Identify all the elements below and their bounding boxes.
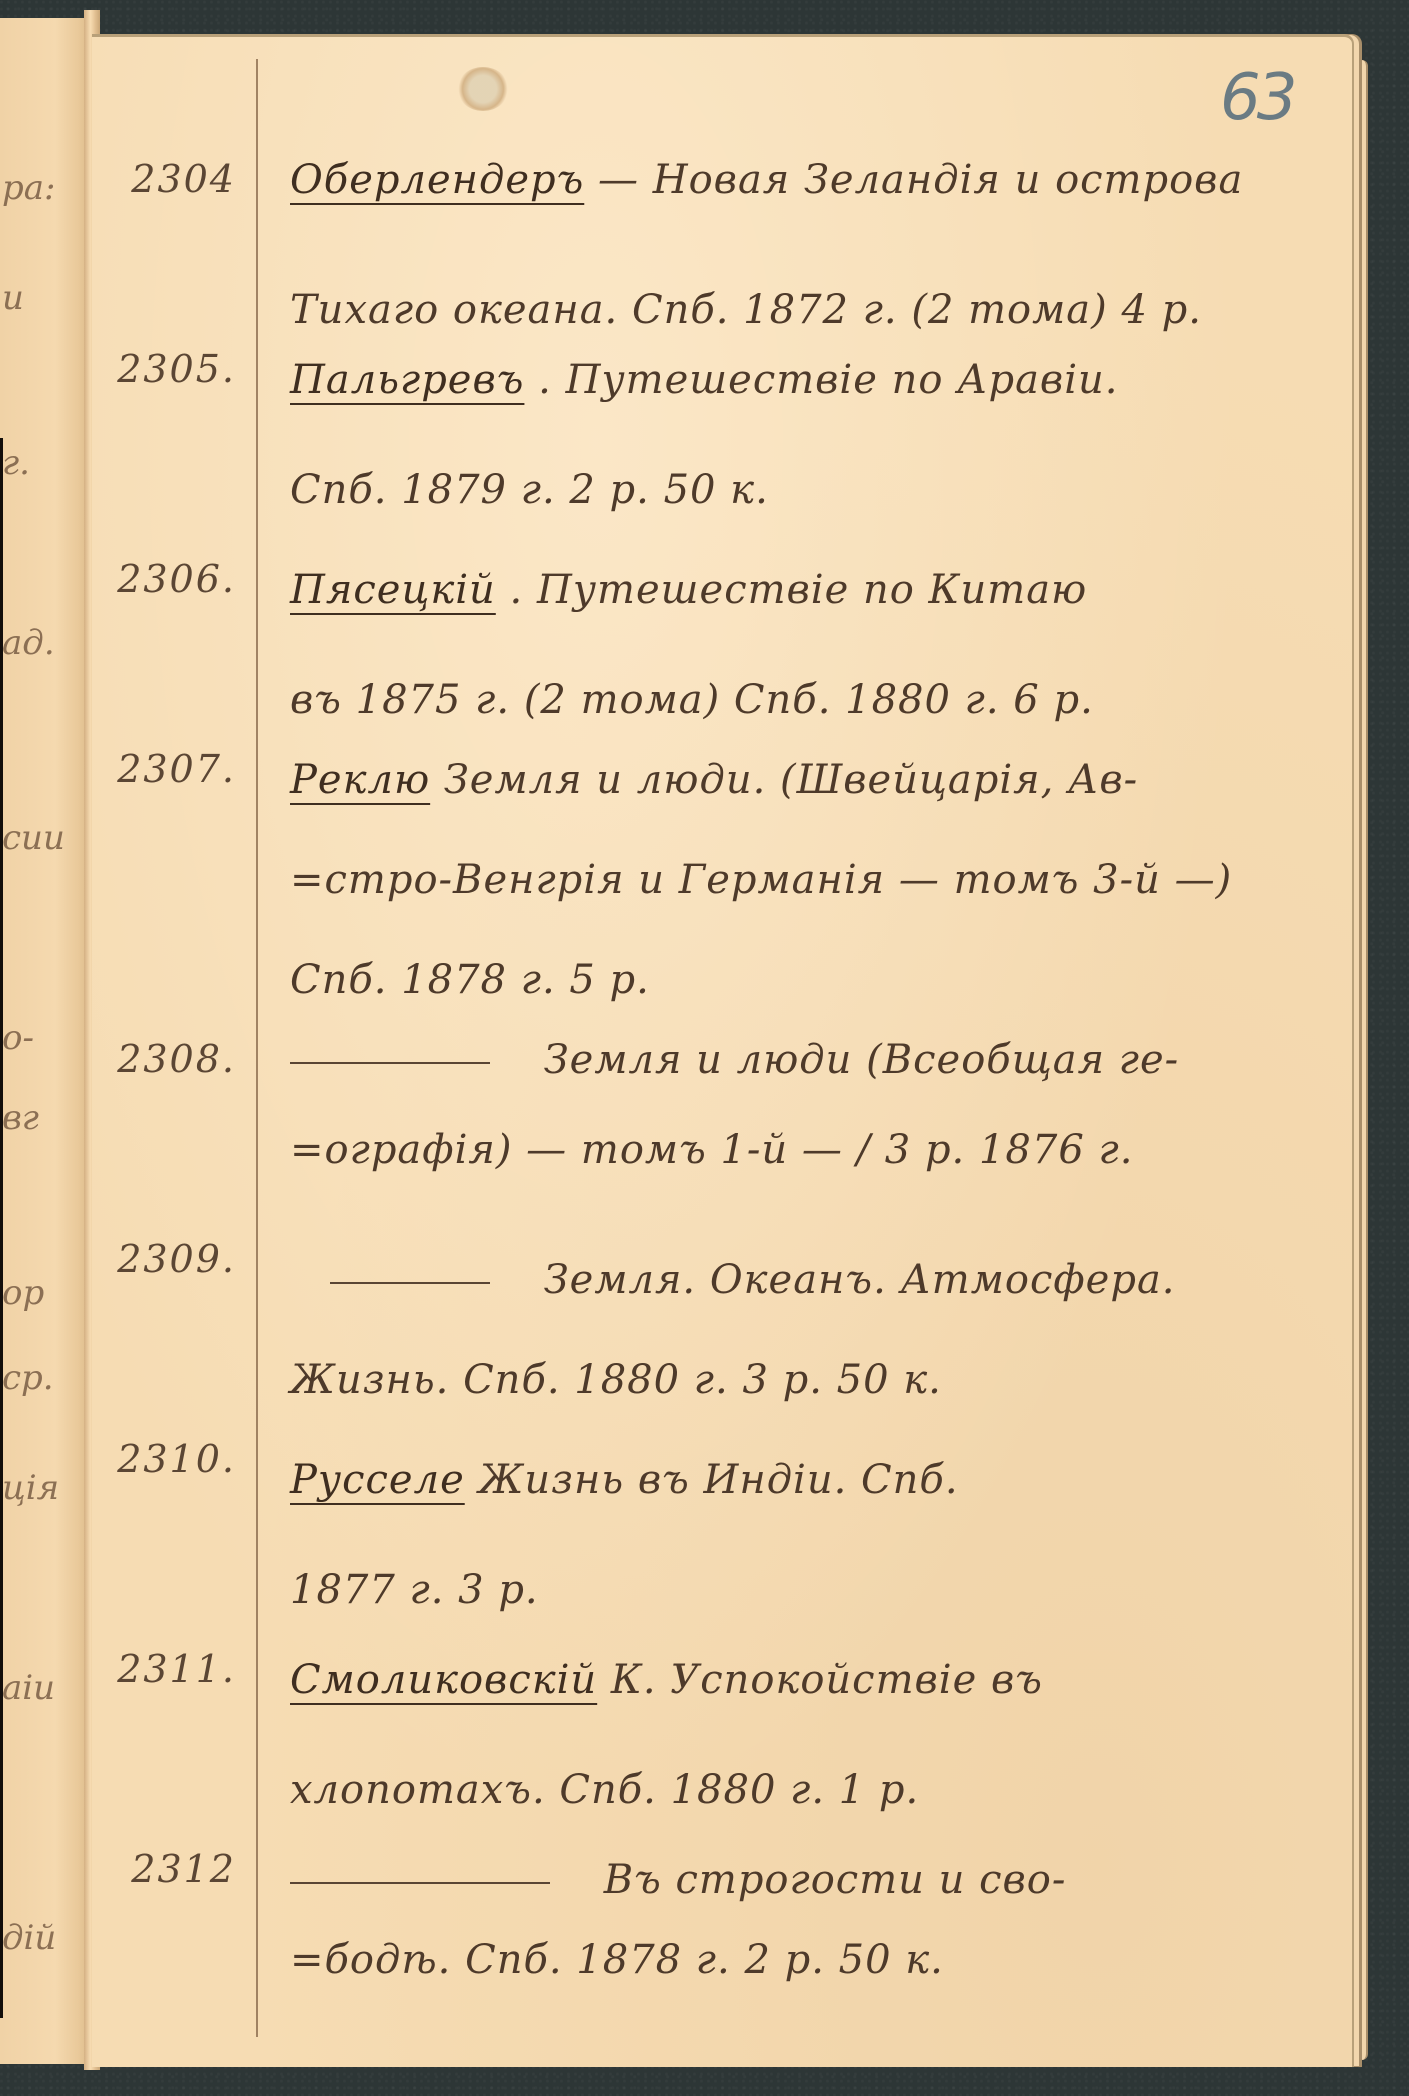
entry-author: Реклю [290,757,430,803]
entry-line: Русселе Жизнь въ Индіи. Спб. [290,1457,1330,1503]
entry-title: — Новая Зеландія и острова [598,157,1243,203]
entry-title: К. Успокойствіе въ [611,1657,1043,1703]
entry-number: 2312 [86,1847,236,1891]
entry-number: 2305. [86,347,236,391]
entry-line: Реклю Земля и люди. (Швейцарія, Ав- [290,757,1330,803]
entry-author: Смоликовскій [290,1657,597,1703]
entry-line: хлопотахъ. Спб. 1880 г. 1 р. [290,1767,1330,1813]
entry-number: 2308. [86,1037,236,1081]
ditto-mark [330,1282,490,1284]
entry-number: 2304 [86,157,236,201]
entry-title: Земля и люди. (Швейцарія, Ав- [444,757,1138,803]
entry-title: . Путешествіе по Китаю [510,567,1088,613]
entry-number: 2306. [86,557,236,601]
entry-line: Жизнь. Спб. 1880 г. 3 р. 50 к. [290,1357,1330,1403]
left-page-fragment: дій [2,1918,72,1958]
entry-line: Оберлендеръ — Новая Зеландія и острова [290,157,1330,203]
entry-number: 2307. [86,747,236,791]
left-page-fragment: сии [2,818,72,858]
entry-author: Русселе [290,1457,465,1503]
left-page-fragment: ад. [2,623,72,663]
entry-line: Тихаго океана. Спб. 1872 г. (2 тома) 4 р… [290,287,1330,333]
entry-author: Пальгревъ [290,357,524,403]
entry-line: Земля. Океанъ. Атмосфера. [290,1257,1330,1303]
left-page-fragment: о- [2,1018,72,1058]
facing-page-left: ра: и г. ад. сии о- вг ор ср. ція аіи ді… [0,18,92,2064]
entry-title: Земля. Океанъ. Атмосфера. [544,1257,1176,1303]
entry-line: Пясецкій . Путешествіе по Китаю [290,567,1330,613]
entry-line: въ 1875 г. (2 тома) Спб. 1880 г. 6 р. [290,677,1330,723]
entry-line: =ографія) — томъ 1-й — / 3 р. 1876 г. [290,1127,1330,1173]
left-page-fragment: вг [2,1098,72,1138]
page-stack-edge [1352,60,1368,2060]
entry-title: . Путешествіе по Аравіи. [538,357,1118,403]
ditto-mark [290,1062,490,1064]
entry-number: 2311. [86,1647,236,1691]
left-page-fragment: ор [2,1273,72,1313]
entry-line: Смоликовскій К. Успокойствіе въ [290,1657,1330,1703]
entry-number: 2309. [86,1237,236,1281]
entry-author: Оберлендеръ [290,157,584,203]
left-page-fragment: ра: [2,168,72,208]
ditto-mark [290,1882,550,1884]
entry-line: =бодѣ. Спб. 1878 г. 2 р. 50 к. [290,1937,1330,1983]
entry-author: Пясецкій [290,567,496,613]
left-page-fragment: ср. [2,1358,72,1398]
entry-title: Земля и люди (Всеобщая ге- [544,1037,1179,1083]
entry-line: Земля и люди (Всеобщая ге- [290,1037,1330,1083]
entry-line: Спб. 1878 г. 5 р. [290,957,1330,1003]
entry-line: Въ строгости и сво- [290,1857,1330,1903]
entry-line: =стро-Венгрія и Германія — томъ 3-й —) [290,857,1330,903]
left-page-fragment: аіи [2,1668,72,1708]
left-page-fragment: и [2,278,72,318]
page-hole-mark [457,67,509,111]
page-edge-shadow [0,438,3,2018]
entry-title: Въ строгости и сво- [604,1857,1067,1903]
entry-title: Жизнь въ Индіи. Спб. [478,1457,958,1503]
entry-line: Пальгревъ . Путешествіе по Аравіи. [290,357,1330,403]
left-page-fragment: г. [2,443,72,483]
left-page-fragment: ція [2,1468,72,1508]
catalogue-page: 63 2304 Оберлендеръ — Новая Зеландія и о… [92,34,1354,2067]
entry-line: 1877 г. 3 р. [290,1567,1330,1613]
entry-number: 2310. [86,1437,236,1481]
entry-line: Спб. 1879 г. 2 р. 50 к. [290,467,1330,513]
margin-rule [256,59,258,2037]
folio-number: 63 [1220,61,1293,135]
